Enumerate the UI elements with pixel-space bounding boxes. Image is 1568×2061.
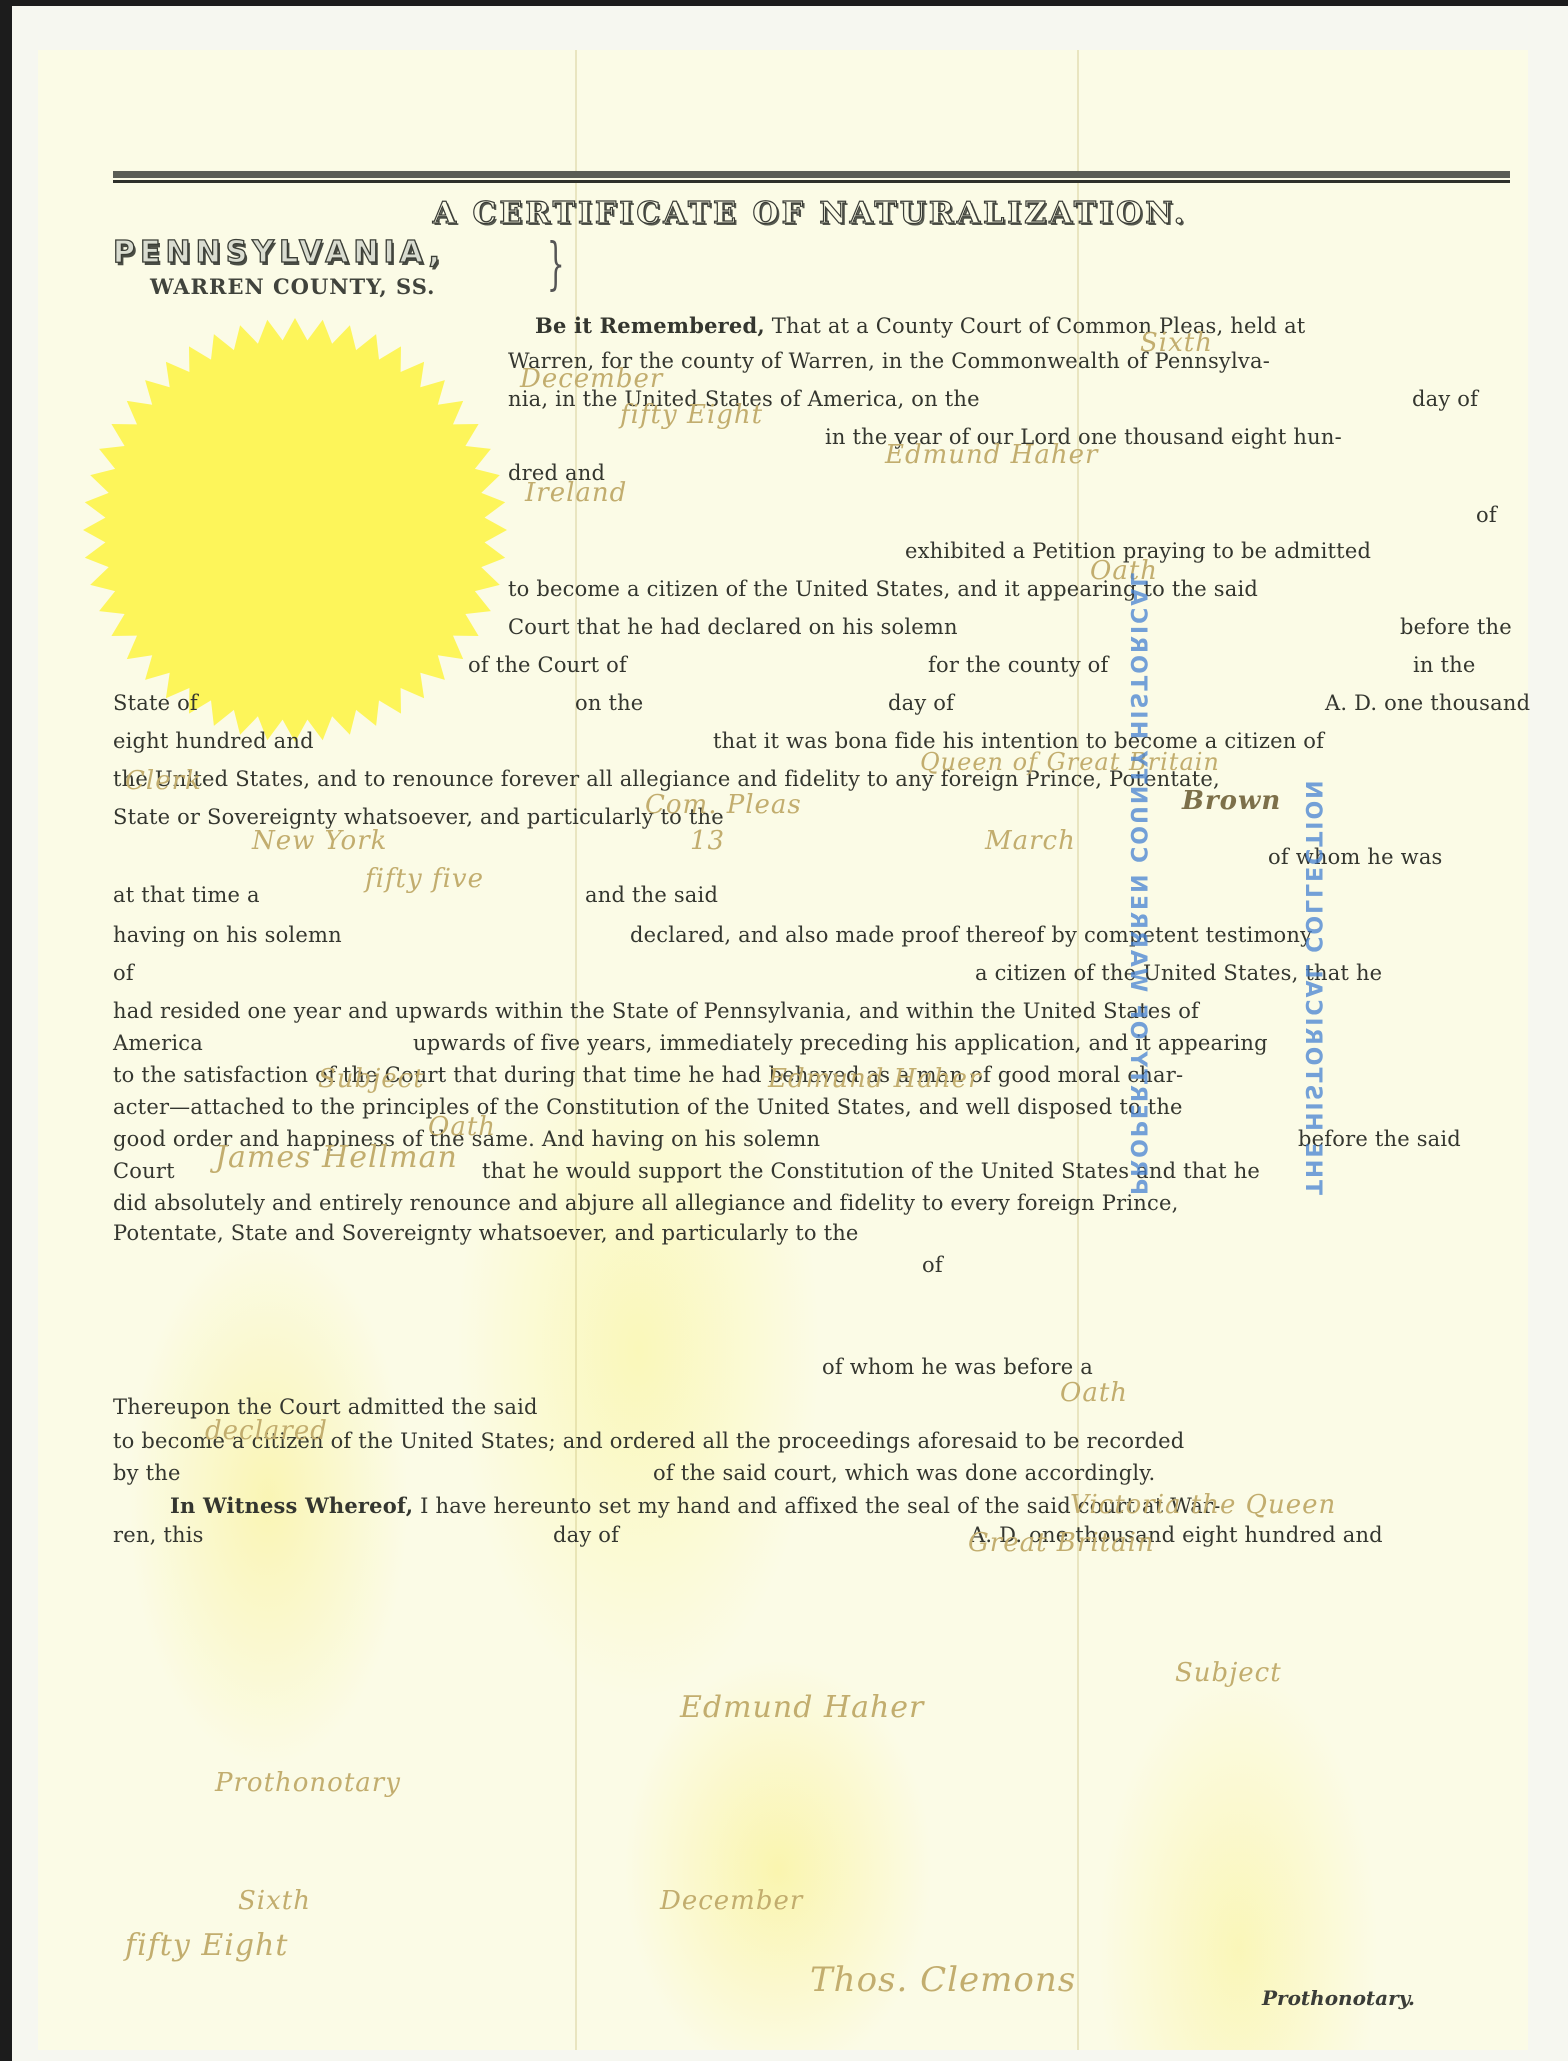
seal-starburst-icon xyxy=(80,315,510,745)
body-line-segment: day of xyxy=(888,691,954,715)
lead-phrase: In Witness Whereof, xyxy=(170,1493,413,1518)
body-line-segment: A. D. one thousand xyxy=(1325,691,1530,715)
handwritten-court: Com. Pleas xyxy=(645,790,802,820)
body-line: by the xyxy=(113,1461,181,1485)
handwritten-county: Brown xyxy=(1182,786,1281,816)
handwritten-month-2: March xyxy=(985,826,1076,856)
handwritten-year-2: fifty five xyxy=(365,864,484,894)
body-line: of xyxy=(922,1253,943,1277)
handwritten-petitioner-name-2: Edmund Haher xyxy=(768,1064,981,1094)
body-line: America xyxy=(113,1031,203,1055)
body-line: eight hundred and xyxy=(113,729,314,753)
body-line: at that time a xyxy=(113,883,260,907)
body-line: Court that he had declared on his solemn xyxy=(508,615,958,639)
body-line: of whom he was before a xyxy=(822,1355,1093,1379)
body-line-segment: for the county of xyxy=(928,653,1108,677)
body-line: of xyxy=(1476,503,1497,527)
body-line: Potentate, State and Sovereignty whatsoe… xyxy=(113,1221,859,1245)
handwritten-petitioner-name: Edmund Haher xyxy=(885,440,1098,470)
signature: Thos. Clemons xyxy=(810,1960,1076,2000)
handwritten-status-2: Subject xyxy=(1175,1658,1282,1688)
body-line: did absolutely and entirely renounce and… xyxy=(113,1191,1178,1215)
body-line: In Witness Whereof, I have hereunto set … xyxy=(170,1493,1221,1518)
body-line-segment: declared, and also made proof thereof by… xyxy=(630,923,1312,947)
scan-frame-top xyxy=(0,0,1568,6)
body-line: of whom he was xyxy=(1268,845,1443,869)
handwritten-oath-3: Oath xyxy=(1060,1378,1128,1408)
handwritten-day: Sixth xyxy=(1140,328,1213,358)
handwritten-witness: James Hellman xyxy=(215,1140,458,1175)
handwritten-country: Great Britain xyxy=(968,1528,1155,1558)
handwritten-day-2: 13 xyxy=(690,826,725,856)
ownership-stamp-left: PROPERTY OF WARREN COUNTY HISTORICAL xyxy=(1125,571,1150,1195)
body-line-segment: and the said xyxy=(585,883,718,907)
lead-phrase: Be it Remembered, xyxy=(535,313,765,338)
handwritten-status: Subject xyxy=(318,1064,425,1094)
handwritten-recorder: Prothonotary xyxy=(215,1768,401,1798)
signature-title: Prothonotary. xyxy=(1262,1986,1415,2010)
body-line: of xyxy=(113,961,134,985)
scan-frame-left xyxy=(0,0,12,2061)
handwritten-officer: Clerk xyxy=(125,766,202,796)
body-line: ren, this xyxy=(113,1523,204,1547)
certificate-title: A Certificate of Naturalization. xyxy=(340,196,1280,231)
handwritten-sovereign: Queen of Great Britain xyxy=(920,748,1220,776)
handwritten-petitioner-name-3: Edmund Haher xyxy=(680,1690,924,1725)
handwritten-month: December xyxy=(520,364,663,394)
handwritten-year-3: fifty Eight xyxy=(125,1928,288,1963)
handwritten-sovereign-2: Victoria the Queen xyxy=(1070,1490,1336,1520)
body-line: to the satisfaction of the Court that du… xyxy=(113,1063,1183,1087)
line-text: That at a County Court of Common Pleas, … xyxy=(765,314,1306,338)
body-line-segment: day of xyxy=(553,1523,619,1547)
body-line-segment: on the xyxy=(575,691,643,715)
county-heading: WARREN COUNTY, SS. xyxy=(150,274,435,299)
handwritten-day-3: Sixth xyxy=(238,1886,311,1916)
body-line: of the Court of xyxy=(468,653,627,677)
handwritten-year: fifty Eight xyxy=(620,400,763,430)
body-line: State or Sovereignty whatsoever, and par… xyxy=(113,805,724,829)
handwritten-origin: Ireland xyxy=(525,478,627,508)
body-line: had resided one year and upwards within … xyxy=(113,999,1199,1023)
body-line: Court xyxy=(113,1159,175,1183)
body-line-segment: day of xyxy=(1412,387,1478,411)
body-line: having on his solemn xyxy=(113,923,342,947)
brace-ornament: } xyxy=(547,232,565,297)
body-line-segment: before the xyxy=(1400,615,1512,639)
handwritten-month-3: December xyxy=(660,1886,803,1916)
ownership-stamp-right: THE HISTORICAL COLLECTION xyxy=(1300,778,1325,1195)
body-line: acter—attached to the principles of the … xyxy=(113,1095,1183,1119)
header-rule xyxy=(113,171,1510,180)
body-line: State of xyxy=(113,691,198,715)
handwritten-state: New York xyxy=(252,826,387,856)
handwritten-oath-2: Oath xyxy=(428,1112,496,1142)
state-heading: PENNSYLVANIA, xyxy=(113,235,445,270)
body-line-segment: in the xyxy=(1413,653,1476,677)
body-line-segment: of the said court, which was done accord… xyxy=(653,1461,1155,1485)
handwritten-declared: declared xyxy=(205,1416,328,1446)
